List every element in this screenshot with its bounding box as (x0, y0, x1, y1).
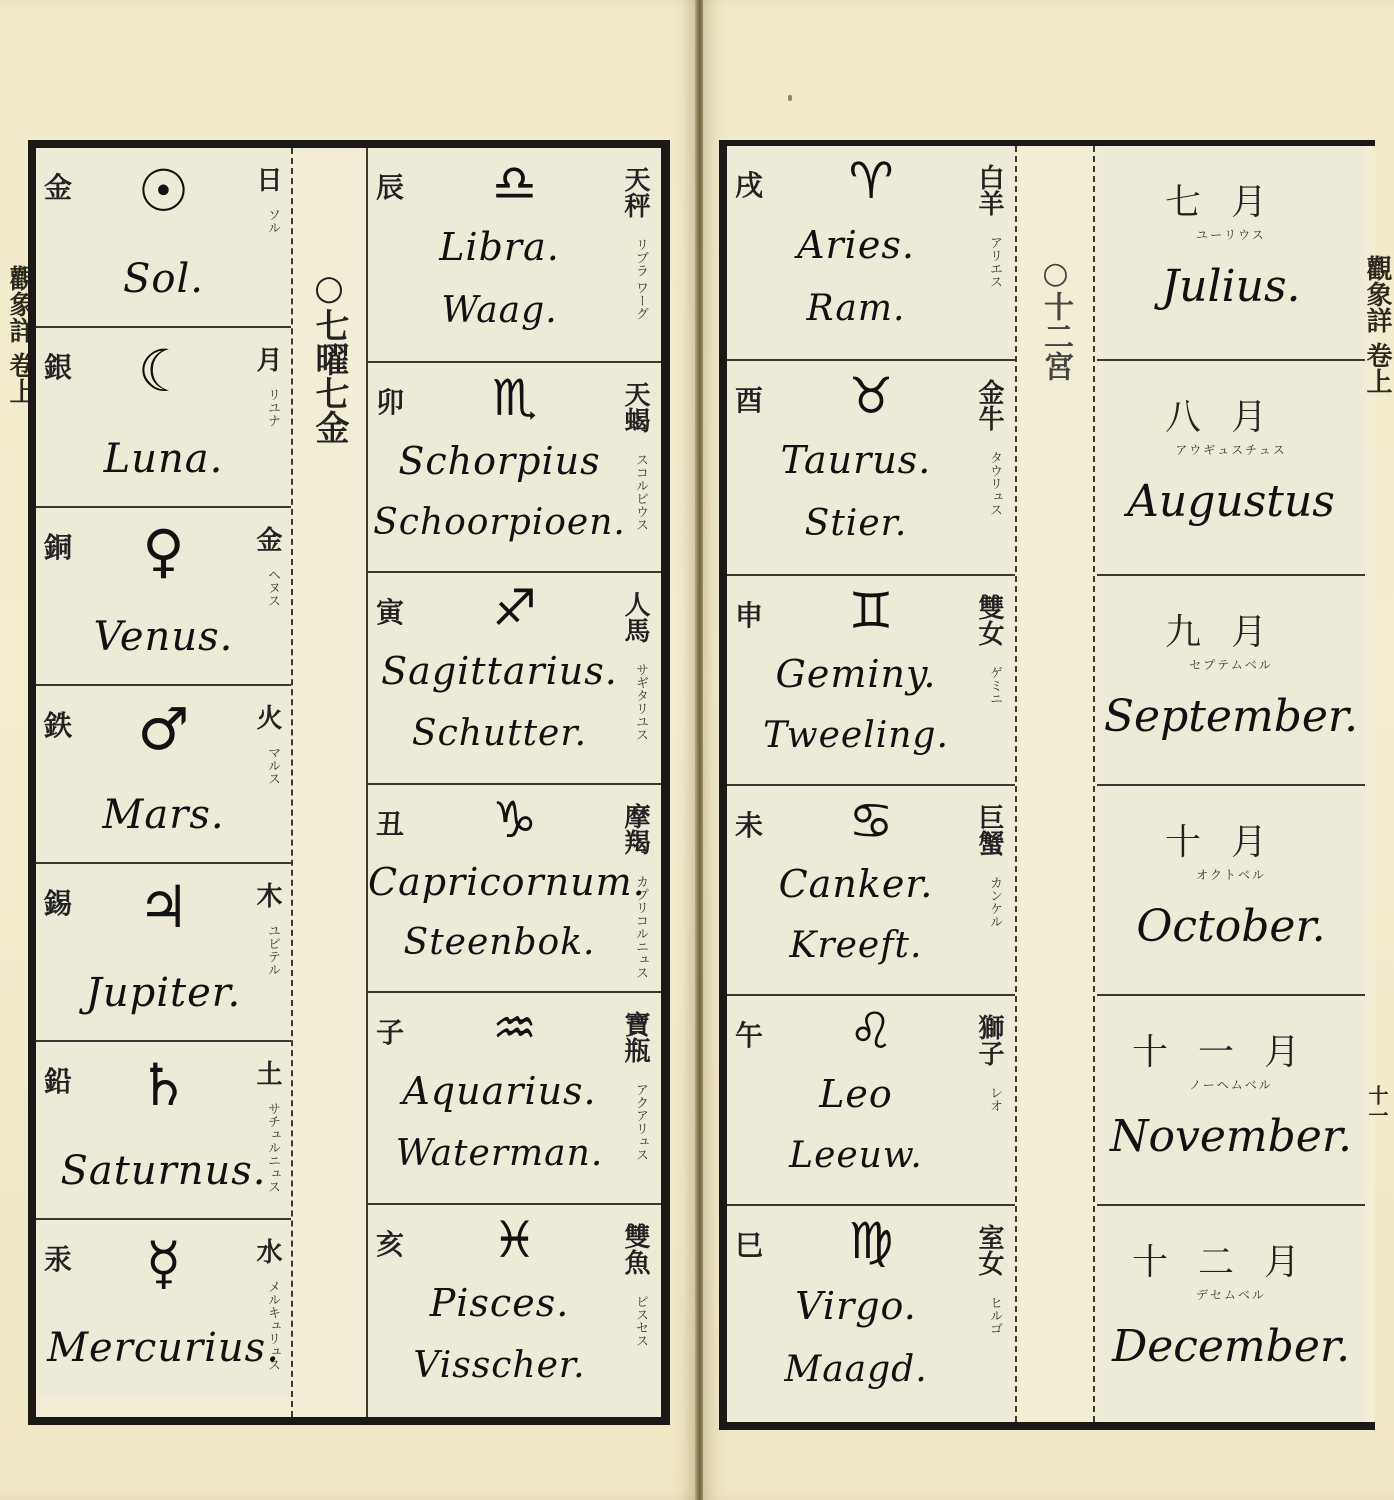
month-cjk-label: 九月 (1097, 604, 1365, 655)
aries-symbol-icon: ♈ (727, 156, 1015, 206)
sign-jp-label: 雙女 (975, 594, 1005, 646)
planet-jp-label: 月 (253, 346, 283, 372)
sign-dutch-name: Schutter. (368, 713, 661, 754)
sign-dutch-name: Maagd. (727, 1349, 1015, 1390)
sagittarius-symbol-icon: ♐ (368, 583, 661, 633)
spine-label-right: 觀象詳 卷上 (1363, 255, 1391, 394)
month-cjk-label: 十一月 (1097, 1024, 1365, 1075)
planet-cell-mercury: 汞 ☿ 水 メルキュリュス Mercurius. (36, 1220, 291, 1397)
planet-kana: ヘヌス (261, 568, 279, 607)
sign-cell-aries: 戌 ♈ 白羊 アリエス Aries. Ram. (727, 146, 1015, 361)
month-latin-name: September. (1097, 691, 1365, 742)
month-cell: 九月 セプテムベル September. (1097, 576, 1365, 786)
sign-cell-gemini: 申 ♊ 雙女 ゲミニ Geminy. Tweeling. (727, 576, 1015, 786)
sign-jp-label: 金牛 (975, 379, 1005, 431)
sign-latin-name: Canker. (727, 862, 1015, 906)
planet-cell-saturn: 鉛 ♄ 土 サチュルニュス Saturnus. (36, 1042, 291, 1220)
sign-jp-label: 巨蟹 (975, 804, 1005, 856)
left-table-frame: 金 ☉ 日 ソル Sol. 銀 ☾ 月 リユナ Luna. 銅 ♀ 金 ヘヌス … (28, 140, 670, 1425)
sign-latin-name: Aquarius. (368, 1069, 661, 1113)
sign-latin-name: Libra. (368, 225, 661, 269)
month-latin-name: Julius. (1097, 261, 1365, 312)
month-cell: 八月 アウギュスチュス Augustus (1097, 361, 1365, 576)
sign-dutch-name: Ram. (727, 288, 1015, 329)
sign-cell-pisces: 亥 ♓ 雙魚 ピスセス Pisces. Visscher. (368, 1205, 661, 1417)
sign-cell-virgo: 巳 ♍ 室女 ヒルゴ Virgo. Maagd. (727, 1206, 1015, 1422)
virgo-symbol-icon: ♍ (727, 1216, 1015, 1266)
sign-dutch-name: Tweeling. (727, 715, 1015, 756)
sign-latin-name: Capricornum. (368, 860, 661, 904)
signs-title-column: ○十二宮 (1015, 146, 1095, 1422)
planet-jp-label: 土 (253, 1060, 283, 1086)
month-cjk-label: 十月 (1097, 814, 1365, 865)
aquarius-symbol-icon: ♒ (368, 1003, 661, 1053)
month-cell: 十一月 ノーヘムベル November. (1097, 996, 1365, 1206)
sign-cell-taurus: 酉 ♉ 金牛 タウリュス Taurus. Stier. (727, 361, 1015, 576)
planet-latin-name: Luna. (36, 436, 291, 482)
month-kana: アウギュスチュス (1097, 441, 1365, 458)
sign-cell-capricorn: 丑 ♑ 摩羯 カプリコルニュス Capricornum. Steenbok. (368, 785, 661, 993)
sign-jp-label: 天蝎 (621, 381, 651, 433)
sign-jp-label: 雙魚 (621, 1223, 651, 1275)
sign-latin-name: Leo (727, 1072, 1015, 1116)
sign-dutch-name: Kreeft. (727, 925, 1015, 966)
sign-cell-scorpio: 卯 ♏ 天蝎 スコルピウス Schorpius Schoorpioen. (368, 363, 661, 573)
sign-jp-label: 人馬 (621, 591, 651, 643)
leo-symbol-icon: ♌ (727, 1006, 1015, 1056)
right-signs-column: 戌 ♈ 白羊 アリエス Aries. Ram. 酉 ♉ 金牛 タウリュス Tau… (727, 146, 1015, 1422)
cancer-symbol-icon: ♋ (727, 796, 1015, 846)
planet-cell-moon: 銀 ☾ 月 リユナ Luna. (36, 328, 291, 508)
month-kana: ユーリウス (1097, 226, 1365, 243)
planet-cell-sun: 金 ☉ 日 ソル Sol. (36, 148, 291, 328)
taurus-symbol-icon: ♉ (727, 371, 1015, 421)
planet-latin-name: Mars. (36, 792, 291, 838)
planet-latin-name: Jupiter. (36, 970, 291, 1016)
right-page: 戌 ♈ 白羊 アリエス Aries. Ram. 酉 ♉ 金牛 タウリュス Tau… (703, 0, 1394, 1500)
sign-latin-name: Sagittarius. (368, 649, 661, 693)
scorpio-symbol-icon: ♏ (368, 373, 661, 423)
sign-dutch-name: Steenbok. (368, 922, 661, 963)
planet-jp-label: 日 (253, 166, 283, 192)
month-latin-name: October. (1097, 901, 1365, 952)
planets-title-column: ○七曜七金 (291, 148, 366, 1417)
capricorn-symbol-icon: ♑ (368, 795, 661, 845)
month-cjk-label: 八月 (1097, 389, 1365, 440)
sign-cell-leo: 午 ♌ 獅子 レオ Leo Leeuw. (727, 996, 1015, 1206)
sign-jp-label: 摩羯 (621, 803, 651, 855)
sign-jp-label: 室女 (975, 1224, 1005, 1276)
month-cell: 七月 ユーリウス Julius. (1097, 146, 1365, 361)
month-cell: 十二月 デセムベル December. (1097, 1206, 1365, 1422)
sign-dutch-name: Waag. (368, 290, 661, 331)
planets-section-title: ○七曜七金 (309, 268, 349, 444)
planet-jp-label: 木 (253, 882, 283, 908)
gemini-symbol-icon: ♊ (727, 586, 1015, 636)
sign-dutch-name: Visscher. (368, 1345, 661, 1386)
sign-latin-name: Virgo. (727, 1284, 1015, 1328)
planet-latin-name: Mercurius. (36, 1325, 291, 1371)
sign-latin-name: Pisces. (368, 1281, 661, 1325)
left-page: 觀象詳 卷上 金 ☉ 日 ソル Sol. 銀 ☾ 月 リユナ Luna. 銅 ♀… (0, 0, 697, 1500)
sign-cell-aquarius: 子 ♒ 寶瓶 アクアリュス Aquarius. Waterman. (368, 993, 661, 1205)
planet-cell-venus: 銅 ♀ 金 ヘヌス Venus. (36, 508, 291, 686)
planet-kana: リユナ (261, 388, 279, 427)
sign-dutch-name: Schoorpioen. (368, 502, 661, 543)
sign-jp-label: 天秤 (621, 166, 651, 218)
month-kana: デセムベル (1097, 1286, 1365, 1303)
planet-cell-mars: 鉄 ♂ 火 マルス Mars. (36, 686, 291, 864)
sign-latin-name: Taurus. (727, 438, 1015, 482)
month-latin-name: November. (1097, 1111, 1365, 1162)
sign-jp-label: 寶瓶 (621, 1011, 651, 1063)
month-kana: オクトベル (1097, 866, 1365, 883)
planets-column: 金 ☉ 日 ソル Sol. 銀 ☾ 月 リユナ Luna. 銅 ♀ 金 ヘヌス … (36, 148, 291, 1417)
sign-dutch-name: Waterman. (368, 1133, 661, 1174)
sign-cell-libra: 辰 ♎ 天秤 リブラ ワーグ Libra. Waag. (368, 148, 661, 363)
sign-jp-label: 白羊 (975, 164, 1005, 216)
planet-latin-name: Saturnus. (36, 1148, 291, 1194)
planet-jp-label: 火 (253, 704, 283, 730)
planet-jp-label: 水 (253, 1238, 283, 1264)
month-cjk-label: 十二月 (1097, 1234, 1365, 1285)
sign-latin-name: Schorpius (368, 439, 661, 483)
month-kana: セプテムベル (1097, 656, 1365, 673)
planet-kana: ユピテル (261, 924, 279, 976)
sign-jp-label: 獅子 (975, 1014, 1005, 1066)
months-column: 七月 ユーリウス Julius. 八月 アウギュスチュス Augustus 九月… (1097, 146, 1365, 1422)
sign-latin-name: Geminy. (727, 652, 1015, 696)
sign-cell-sagittarius: 寅 ♐ 人馬 サギタリユス Sagittarius. Schutter. (368, 573, 661, 785)
right-table-frame: 戌 ♈ 白羊 アリエス Aries. Ram. 酉 ♉ 金牛 タウリュス Tau… (719, 140, 1375, 1430)
month-kana: ノーヘムベル (1097, 1076, 1365, 1093)
planet-latin-name: Sol. (36, 256, 291, 302)
sign-latin-name: Aries. (727, 223, 1015, 267)
planet-kana: マルス (261, 746, 279, 785)
sign-dutch-name: Stier. (727, 503, 1015, 544)
zodiac-section-title: ○十二宮 (1037, 256, 1073, 381)
month-latin-name: Augustus (1097, 476, 1365, 527)
sign-cell-cancer: 未 ♋ 巨蟹 カンケル Canker. Kreeft. (727, 786, 1015, 996)
month-cjk-label: 七月 (1097, 174, 1365, 225)
planet-jp-label: 金 (253, 526, 283, 552)
pisces-symbol-icon: ♓ (368, 1215, 661, 1265)
month-cell: 十月 オクトベル October. (1097, 786, 1365, 996)
page-number: 十一 (1363, 1085, 1391, 1125)
libra-symbol-icon: ♎ (368, 158, 661, 208)
sign-dutch-name: Leeuw. (727, 1135, 1015, 1176)
planet-cell-jupiter: 錫 ♃ 木 ユピテル Jupiter. (36, 864, 291, 1042)
planet-latin-name: Venus. (36, 614, 291, 660)
left-signs-column: 辰 ♎ 天秤 リブラ ワーグ Libra. Waag. 卯 ♏ 天蝎 スコルピウ… (366, 148, 661, 1417)
planet-kana: ソル (261, 208, 279, 234)
month-latin-name: December. (1097, 1321, 1365, 1372)
